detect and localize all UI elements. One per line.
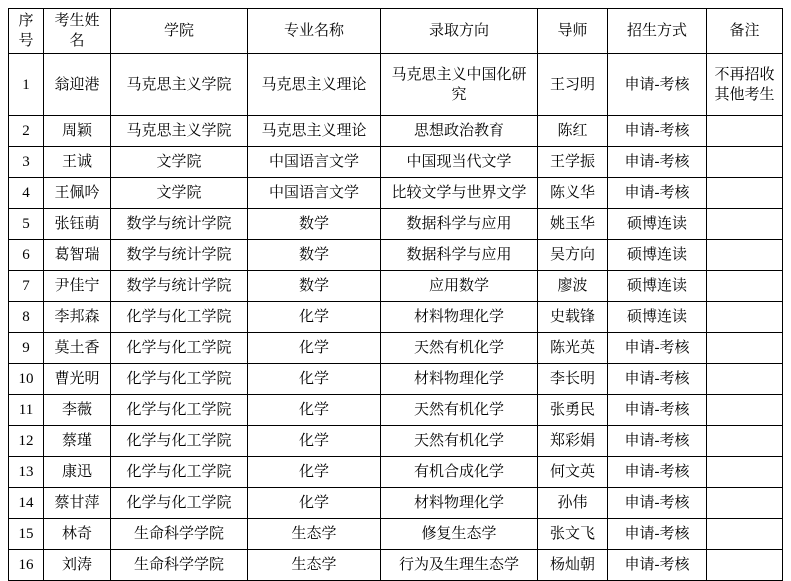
cell-college: 生命科学学院 bbox=[111, 550, 248, 581]
cell-remark bbox=[707, 519, 783, 550]
cell-college: 马克思主义学院 bbox=[111, 116, 248, 147]
column-header-direction: 录取方向 bbox=[381, 9, 538, 54]
cell-remark bbox=[707, 302, 783, 333]
cell-supervisor: 廖波 bbox=[538, 271, 608, 302]
cell-method: 申请-考核 bbox=[608, 395, 707, 426]
cell-candidate-name: 尹佳宁 bbox=[44, 271, 111, 302]
cell-serial: 1 bbox=[9, 54, 44, 116]
cell-candidate-name: 李邦森 bbox=[44, 302, 111, 333]
cell-major: 生态学 bbox=[248, 550, 381, 581]
table-row: 4 王佩吟 文学院 中国语言文学 比较文学与世界文学 陈义华 申请-考核 bbox=[9, 178, 783, 209]
cell-supervisor: 郑彩娟 bbox=[538, 426, 608, 457]
cell-serial: 9 bbox=[9, 333, 44, 364]
cell-supervisor: 张勇民 bbox=[538, 395, 608, 426]
cell-candidate-name: 翁迎港 bbox=[44, 54, 111, 116]
table-row: 5 张钰萌 数学与统计学院 数学 数据科学与应用 姚玉华 硕博连读 bbox=[9, 209, 783, 240]
cell-method: 硕博连读 bbox=[608, 302, 707, 333]
cell-candidate-name: 刘涛 bbox=[44, 550, 111, 581]
cell-serial: 4 bbox=[9, 178, 44, 209]
cell-college: 化学与化工学院 bbox=[111, 395, 248, 426]
document-page: 序号 考生姓名 学院 专业名称 录取方向 导师 招生方式 备注 1 翁迎港 马克… bbox=[0, 0, 791, 570]
cell-direction: 材料物理化学 bbox=[381, 364, 538, 395]
column-header-candidate-name: 考生姓名 bbox=[44, 9, 111, 54]
cell-serial: 12 bbox=[9, 426, 44, 457]
cell-serial: 8 bbox=[9, 302, 44, 333]
cell-direction: 修复生态学 bbox=[381, 519, 538, 550]
cell-method: 申请-考核 bbox=[608, 364, 707, 395]
cell-supervisor: 何文英 bbox=[538, 457, 608, 488]
table-row: 12 蔡瑾 化学与化工学院 化学 天然有机化学 郑彩娟 申请-考核 bbox=[9, 426, 783, 457]
cell-major: 化学 bbox=[248, 302, 381, 333]
cell-major: 数学 bbox=[248, 240, 381, 271]
cell-method: 申请-考核 bbox=[608, 550, 707, 581]
cell-serial: 3 bbox=[9, 147, 44, 178]
column-header-serial: 序号 bbox=[9, 9, 44, 54]
cell-college: 化学与化工学院 bbox=[111, 333, 248, 364]
cell-remark bbox=[707, 395, 783, 426]
cell-major: 马克思主义理论 bbox=[248, 116, 381, 147]
cell-method: 硕博连读 bbox=[608, 240, 707, 271]
cell-serial: 6 bbox=[9, 240, 44, 271]
cell-method: 申请-考核 bbox=[608, 54, 707, 116]
cell-college: 化学与化工学院 bbox=[111, 426, 248, 457]
cell-candidate-name: 蔡瑾 bbox=[44, 426, 111, 457]
cell-supervisor: 李长明 bbox=[538, 364, 608, 395]
cell-supervisor: 杨灿朝 bbox=[538, 550, 608, 581]
cell-college: 生命科学学院 bbox=[111, 519, 248, 550]
cell-college: 化学与化工学院 bbox=[111, 457, 248, 488]
cell-method: 硕博连读 bbox=[608, 209, 707, 240]
cell-direction: 天然有机化学 bbox=[381, 395, 538, 426]
cell-serial: 15 bbox=[9, 519, 44, 550]
cell-direction: 数据科学与应用 bbox=[381, 240, 538, 271]
cell-college: 数学与统计学院 bbox=[111, 209, 248, 240]
cell-method: 申请-考核 bbox=[608, 147, 707, 178]
cell-direction: 天然有机化学 bbox=[381, 426, 538, 457]
cell-major: 数学 bbox=[248, 271, 381, 302]
table-row: 15 林奇 生命科学学院 生态学 修复生态学 张文飞 申请-考核 bbox=[9, 519, 783, 550]
cell-major: 生态学 bbox=[248, 519, 381, 550]
cell-remark bbox=[707, 457, 783, 488]
cell-serial: 5 bbox=[9, 209, 44, 240]
cell-college: 化学与化工学院 bbox=[111, 488, 248, 519]
table-row: 9 莫土香 化学与化工学院 化学 天然有机化学 陈光英 申请-考核 bbox=[9, 333, 783, 364]
cell-remark bbox=[707, 550, 783, 581]
cell-candidate-name: 蔡甘萍 bbox=[44, 488, 111, 519]
cell-remark bbox=[707, 488, 783, 519]
cell-direction: 有机合成化学 bbox=[381, 457, 538, 488]
table-row: 16 刘涛 生命科学学院 生态学 行为及生理生态学 杨灿朝 申请-考核 bbox=[9, 550, 783, 581]
table-row: 2 周颖 马克思主义学院 马克思主义理论 思想政治教育 陈红 申请-考核 bbox=[9, 116, 783, 147]
cell-major: 化学 bbox=[248, 426, 381, 457]
column-header-major: 专业名称 bbox=[248, 9, 381, 54]
column-header-method: 招生方式 bbox=[608, 9, 707, 54]
cell-major: 数学 bbox=[248, 209, 381, 240]
cell-remark bbox=[707, 271, 783, 302]
cell-college: 化学与化工学院 bbox=[111, 364, 248, 395]
cell-major: 化学 bbox=[248, 333, 381, 364]
cell-direction: 应用数学 bbox=[381, 271, 538, 302]
cell-method: 申请-考核 bbox=[608, 519, 707, 550]
cell-direction: 数据科学与应用 bbox=[381, 209, 538, 240]
cell-method: 申请-考核 bbox=[608, 116, 707, 147]
cell-candidate-name: 李薇 bbox=[44, 395, 111, 426]
cell-serial: 2 bbox=[9, 116, 44, 147]
cell-candidate-name: 王佩吟 bbox=[44, 178, 111, 209]
cell-method: 申请-考核 bbox=[608, 333, 707, 364]
cell-direction: 思想政治教育 bbox=[381, 116, 538, 147]
table-row: 13 康迅 化学与化工学院 化学 有机合成化学 何文英 申请-考核 bbox=[9, 457, 783, 488]
cell-candidate-name: 张钰萌 bbox=[44, 209, 111, 240]
cell-supervisor: 陈红 bbox=[538, 116, 608, 147]
cell-remark: 不再招收其他考生 bbox=[707, 54, 783, 116]
cell-direction: 材料物理化学 bbox=[381, 488, 538, 519]
cell-college: 化学与化工学院 bbox=[111, 302, 248, 333]
cell-candidate-name: 王诚 bbox=[44, 147, 111, 178]
cell-remark bbox=[707, 116, 783, 147]
cell-serial: 13 bbox=[9, 457, 44, 488]
cell-serial: 16 bbox=[9, 550, 44, 581]
table-row: 7 尹佳宁 数学与统计学院 数学 应用数学 廖波 硕博连读 bbox=[9, 271, 783, 302]
cell-method: 申请-考核 bbox=[608, 488, 707, 519]
cell-remark bbox=[707, 364, 783, 395]
table-header-row: 序号 考生姓名 学院 专业名称 录取方向 导师 招生方式 备注 bbox=[9, 9, 783, 54]
table-row: 8 李邦森 化学与化工学院 化学 材料物理化学 史载锋 硕博连读 bbox=[9, 302, 783, 333]
cell-direction: 行为及生理生态学 bbox=[381, 550, 538, 581]
cell-supervisor: 史载锋 bbox=[538, 302, 608, 333]
cell-method: 申请-考核 bbox=[608, 178, 707, 209]
table-row: 10 曹光明 化学与化工学院 化学 材料物理化学 李长明 申请-考核 bbox=[9, 364, 783, 395]
column-header-college: 学院 bbox=[111, 9, 248, 54]
cell-supervisor: 王习明 bbox=[538, 54, 608, 116]
cell-direction: 马克思主义中国化研究 bbox=[381, 54, 538, 116]
cell-serial: 7 bbox=[9, 271, 44, 302]
column-header-remark: 备注 bbox=[707, 9, 783, 54]
cell-major: 中国语言文学 bbox=[248, 147, 381, 178]
cell-method: 申请-考核 bbox=[608, 426, 707, 457]
cell-college: 数学与统计学院 bbox=[111, 240, 248, 271]
cell-direction: 比较文学与世界文学 bbox=[381, 178, 538, 209]
cell-serial: 11 bbox=[9, 395, 44, 426]
cell-major: 中国语言文学 bbox=[248, 178, 381, 209]
cell-direction: 中国现当代文学 bbox=[381, 147, 538, 178]
cell-supervisor: 陈光英 bbox=[538, 333, 608, 364]
cell-direction: 天然有机化学 bbox=[381, 333, 538, 364]
cell-college: 数学与统计学院 bbox=[111, 271, 248, 302]
cell-serial: 14 bbox=[9, 488, 44, 519]
cell-college: 文学院 bbox=[111, 178, 248, 209]
admission-table: 序号 考生姓名 学院 专业名称 录取方向 导师 招生方式 备注 1 翁迎港 马克… bbox=[8, 8, 783, 581]
cell-supervisor: 张文飞 bbox=[538, 519, 608, 550]
cell-remark bbox=[707, 147, 783, 178]
cell-major: 化学 bbox=[248, 457, 381, 488]
table-row: 1 翁迎港 马克思主义学院 马克思主义理论 马克思主义中国化研究 王习明 申请-… bbox=[9, 54, 783, 116]
cell-college: 文学院 bbox=[111, 147, 248, 178]
cell-candidate-name: 周颖 bbox=[44, 116, 111, 147]
cell-college: 马克思主义学院 bbox=[111, 54, 248, 116]
cell-method: 硕博连读 bbox=[608, 271, 707, 302]
table-row: 6 葛智瑞 数学与统计学院 数学 数据科学与应用 吴方向 硕博连读 bbox=[9, 240, 783, 271]
cell-major: 化学 bbox=[248, 364, 381, 395]
table-row: 11 李薇 化学与化工学院 化学 天然有机化学 张勇民 申请-考核 bbox=[9, 395, 783, 426]
table-row: 3 王诚 文学院 中国语言文学 中国现当代文学 王学振 申请-考核 bbox=[9, 147, 783, 178]
cell-remark bbox=[707, 178, 783, 209]
cell-major: 化学 bbox=[248, 395, 381, 426]
cell-remark bbox=[707, 426, 783, 457]
cell-supervisor: 陈义华 bbox=[538, 178, 608, 209]
cell-candidate-name: 葛智瑞 bbox=[44, 240, 111, 271]
cell-major: 马克思主义理论 bbox=[248, 54, 381, 116]
cell-candidate-name: 曹光明 bbox=[44, 364, 111, 395]
cell-supervisor: 吴方向 bbox=[538, 240, 608, 271]
cell-candidate-name: 林奇 bbox=[44, 519, 111, 550]
cell-remark bbox=[707, 333, 783, 364]
cell-major: 化学 bbox=[248, 488, 381, 519]
cell-candidate-name: 莫土香 bbox=[44, 333, 111, 364]
cell-serial: 10 bbox=[9, 364, 44, 395]
cell-supervisor: 王学振 bbox=[538, 147, 608, 178]
cell-direction: 材料物理化学 bbox=[381, 302, 538, 333]
cell-supervisor: 姚玉华 bbox=[538, 209, 608, 240]
column-header-supervisor: 导师 bbox=[538, 9, 608, 54]
cell-remark bbox=[707, 240, 783, 271]
cell-candidate-name: 康迅 bbox=[44, 457, 111, 488]
table-row: 14 蔡甘萍 化学与化工学院 化学 材料物理化学 孙伟 申请-考核 bbox=[9, 488, 783, 519]
cell-method: 申请-考核 bbox=[608, 457, 707, 488]
cell-supervisor: 孙伟 bbox=[538, 488, 608, 519]
cell-remark bbox=[707, 209, 783, 240]
